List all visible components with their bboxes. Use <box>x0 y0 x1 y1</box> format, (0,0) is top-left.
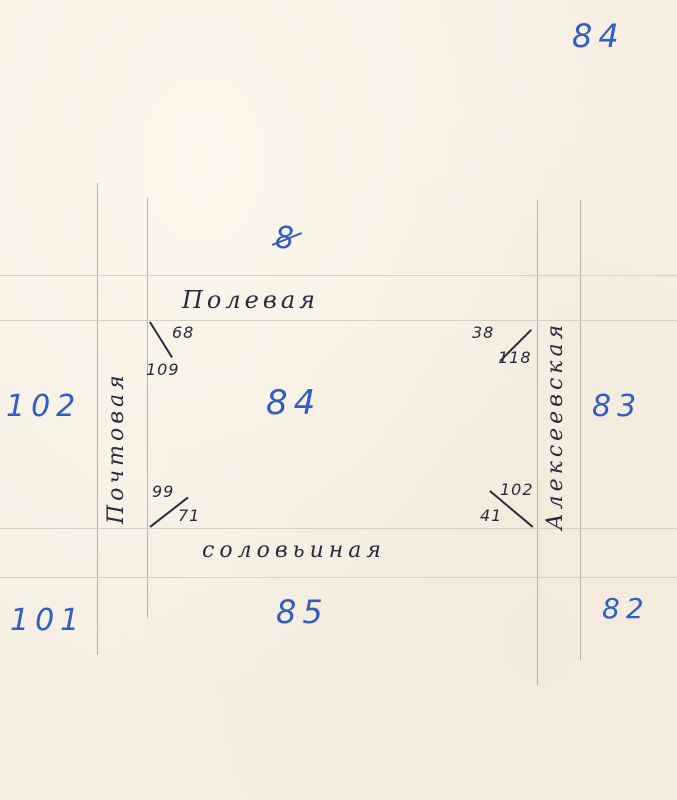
corner-top-left-lower: 109 <box>146 362 180 378</box>
block-number-left-upper: 102 <box>6 392 81 422</box>
page-number: 84 <box>572 20 625 52</box>
corner-bottom-left-upper: 99 <box>152 484 174 500</box>
street-label-left: Почтовая <box>106 371 128 524</box>
corner-slash-top-left <box>149 321 173 357</box>
corner-top-right-lower: 118 <box>498 350 532 366</box>
grid-line-vertical-3 <box>537 200 538 685</box>
grid-line-vertical-2 <box>147 198 148 618</box>
corner-bottom-left-lower: 71 <box>178 508 200 524</box>
grid-line-vertical-1 <box>97 183 98 655</box>
block-number-bottom-center: 85 <box>276 596 329 628</box>
street-label-right: Алексеевская <box>545 321 567 530</box>
block-number-right-lower: 82 <box>602 595 650 623</box>
grid-line-horizontal-3 <box>0 528 677 529</box>
block-number-right-upper: 83 <box>592 392 642 422</box>
grid-line-horizontal-2 <box>0 320 677 321</box>
grid-line-horizontal-4 <box>0 577 677 578</box>
street-label-bottom: соловьиная <box>202 540 386 562</box>
corner-bottom-right-upper: 102 <box>500 482 534 498</box>
street-label-top: Полевая <box>182 288 319 312</box>
grid-line-horizontal-1 <box>0 275 677 276</box>
corner-top-right-upper: 38 <box>472 325 494 341</box>
grid-line-vertical-4 <box>580 200 581 660</box>
map-sheet: 84 8 84 102 101 83 82 85 Полевая соловьи… <box>0 0 677 800</box>
corner-bottom-right-lower: 41 <box>480 508 502 524</box>
corner-top-left-upper: 68 <box>172 325 194 341</box>
block-number-center: 84 <box>266 386 321 420</box>
block-number-left-lower: 101 <box>10 606 85 636</box>
